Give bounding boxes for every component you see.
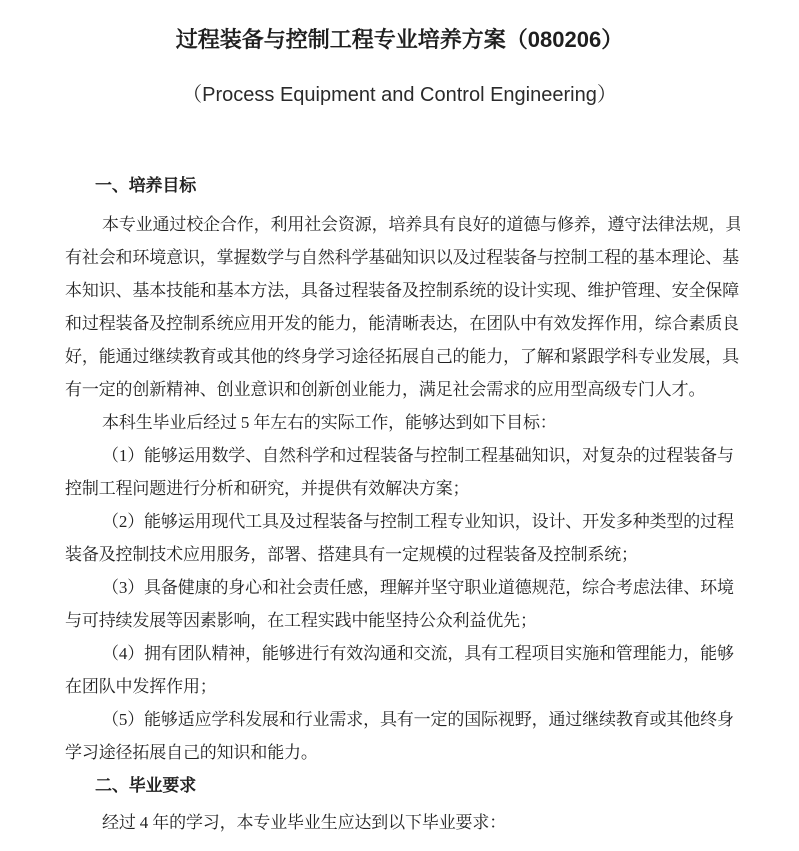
document-line: 控制工程问题进行分析和研究，并提供有效解决方案； <box>65 472 740 505</box>
document-title: 过程装备与控制工程专业培养方案（080206） <box>0 0 799 53</box>
document-line: 和过程装备及控制系统应用开发的能力，能清晰表达，在团队中有效发挥作用，综合素质良 <box>65 307 740 340</box>
document-page: 过程装备与控制工程专业培养方案（080206） （Process Equipme… <box>0 0 799 851</box>
document-line: 学习途径拓展自己的知识和能力。 <box>65 736 740 769</box>
document-line: 与可持续发展等因素影响，在工程实践中能坚持公众利益优先； <box>65 604 740 637</box>
section-heading: 一、培养目标 <box>65 169 740 202</box>
document-line: 有一定的创新精神、创业意识和创新创业能力，满足社会需求的应用型高级专门人才。 <box>65 373 740 406</box>
section-heading: 二、毕业要求 <box>65 769 740 802</box>
document-line: （5）能够适应学科发展和行业需求，具有一定的国际视野，通过继续教育或其他终身 <box>65 703 740 736</box>
document-line: 经过 4 年的学习，本专业毕业生应达到以下毕业要求： <box>65 806 740 839</box>
document-line: 有社会和环境意识，掌握数学与自然科学基础知识以及过程装备与控制工程的基本理论、基 <box>65 241 740 274</box>
document-line: 本知识、基本技能和基本方法，具备过程装备及控制系统的设计实现、维护管理、安全保障 <box>65 274 740 307</box>
document-line: （4）拥有团队精神，能够进行有效沟通和交流，具有工程项目实施和管理能力，能够 <box>65 637 740 670</box>
document-line: 本专业通过校企合作，利用社会资源，培养具有良好的道德与修养，遵守法律法规，具 <box>65 208 740 241</box>
document-line: 好，能通过继续教育或其他的终身学习途径拓展自己的能力，了解和紧跟学科专业发展，具 <box>65 340 740 373</box>
document-line: （1）能够运用数学、自然科学和过程装备与控制工程基础知识，对复杂的过程装备与 <box>65 439 740 472</box>
document-line: 在团队中发挥作用； <box>65 670 740 703</box>
document-line: 本科生毕业后经过 5 年左右的实际工作，能够达到如下目标： <box>65 406 740 439</box>
document-line: （3）具备健康的身心和社会责任感，理解并坚守职业道德规范，综合考虑法律、环境 <box>65 571 740 604</box>
document-subtitle: （Process Equipment and Control Engineeri… <box>0 83 799 107</box>
document-lines: 一、培养目标本专业通过校企合作，利用社会资源，培养具有良好的道德与修养，遵守法律… <box>65 169 740 839</box>
document-line: 装备及控制技术应用服务，部署、搭建具有一定规模的过程装备及控制系统； <box>65 538 740 571</box>
document-line: （2）能够运用现代工具及过程装备与控制工程专业知识，设计、开发多种类型的过程 <box>65 505 740 538</box>
